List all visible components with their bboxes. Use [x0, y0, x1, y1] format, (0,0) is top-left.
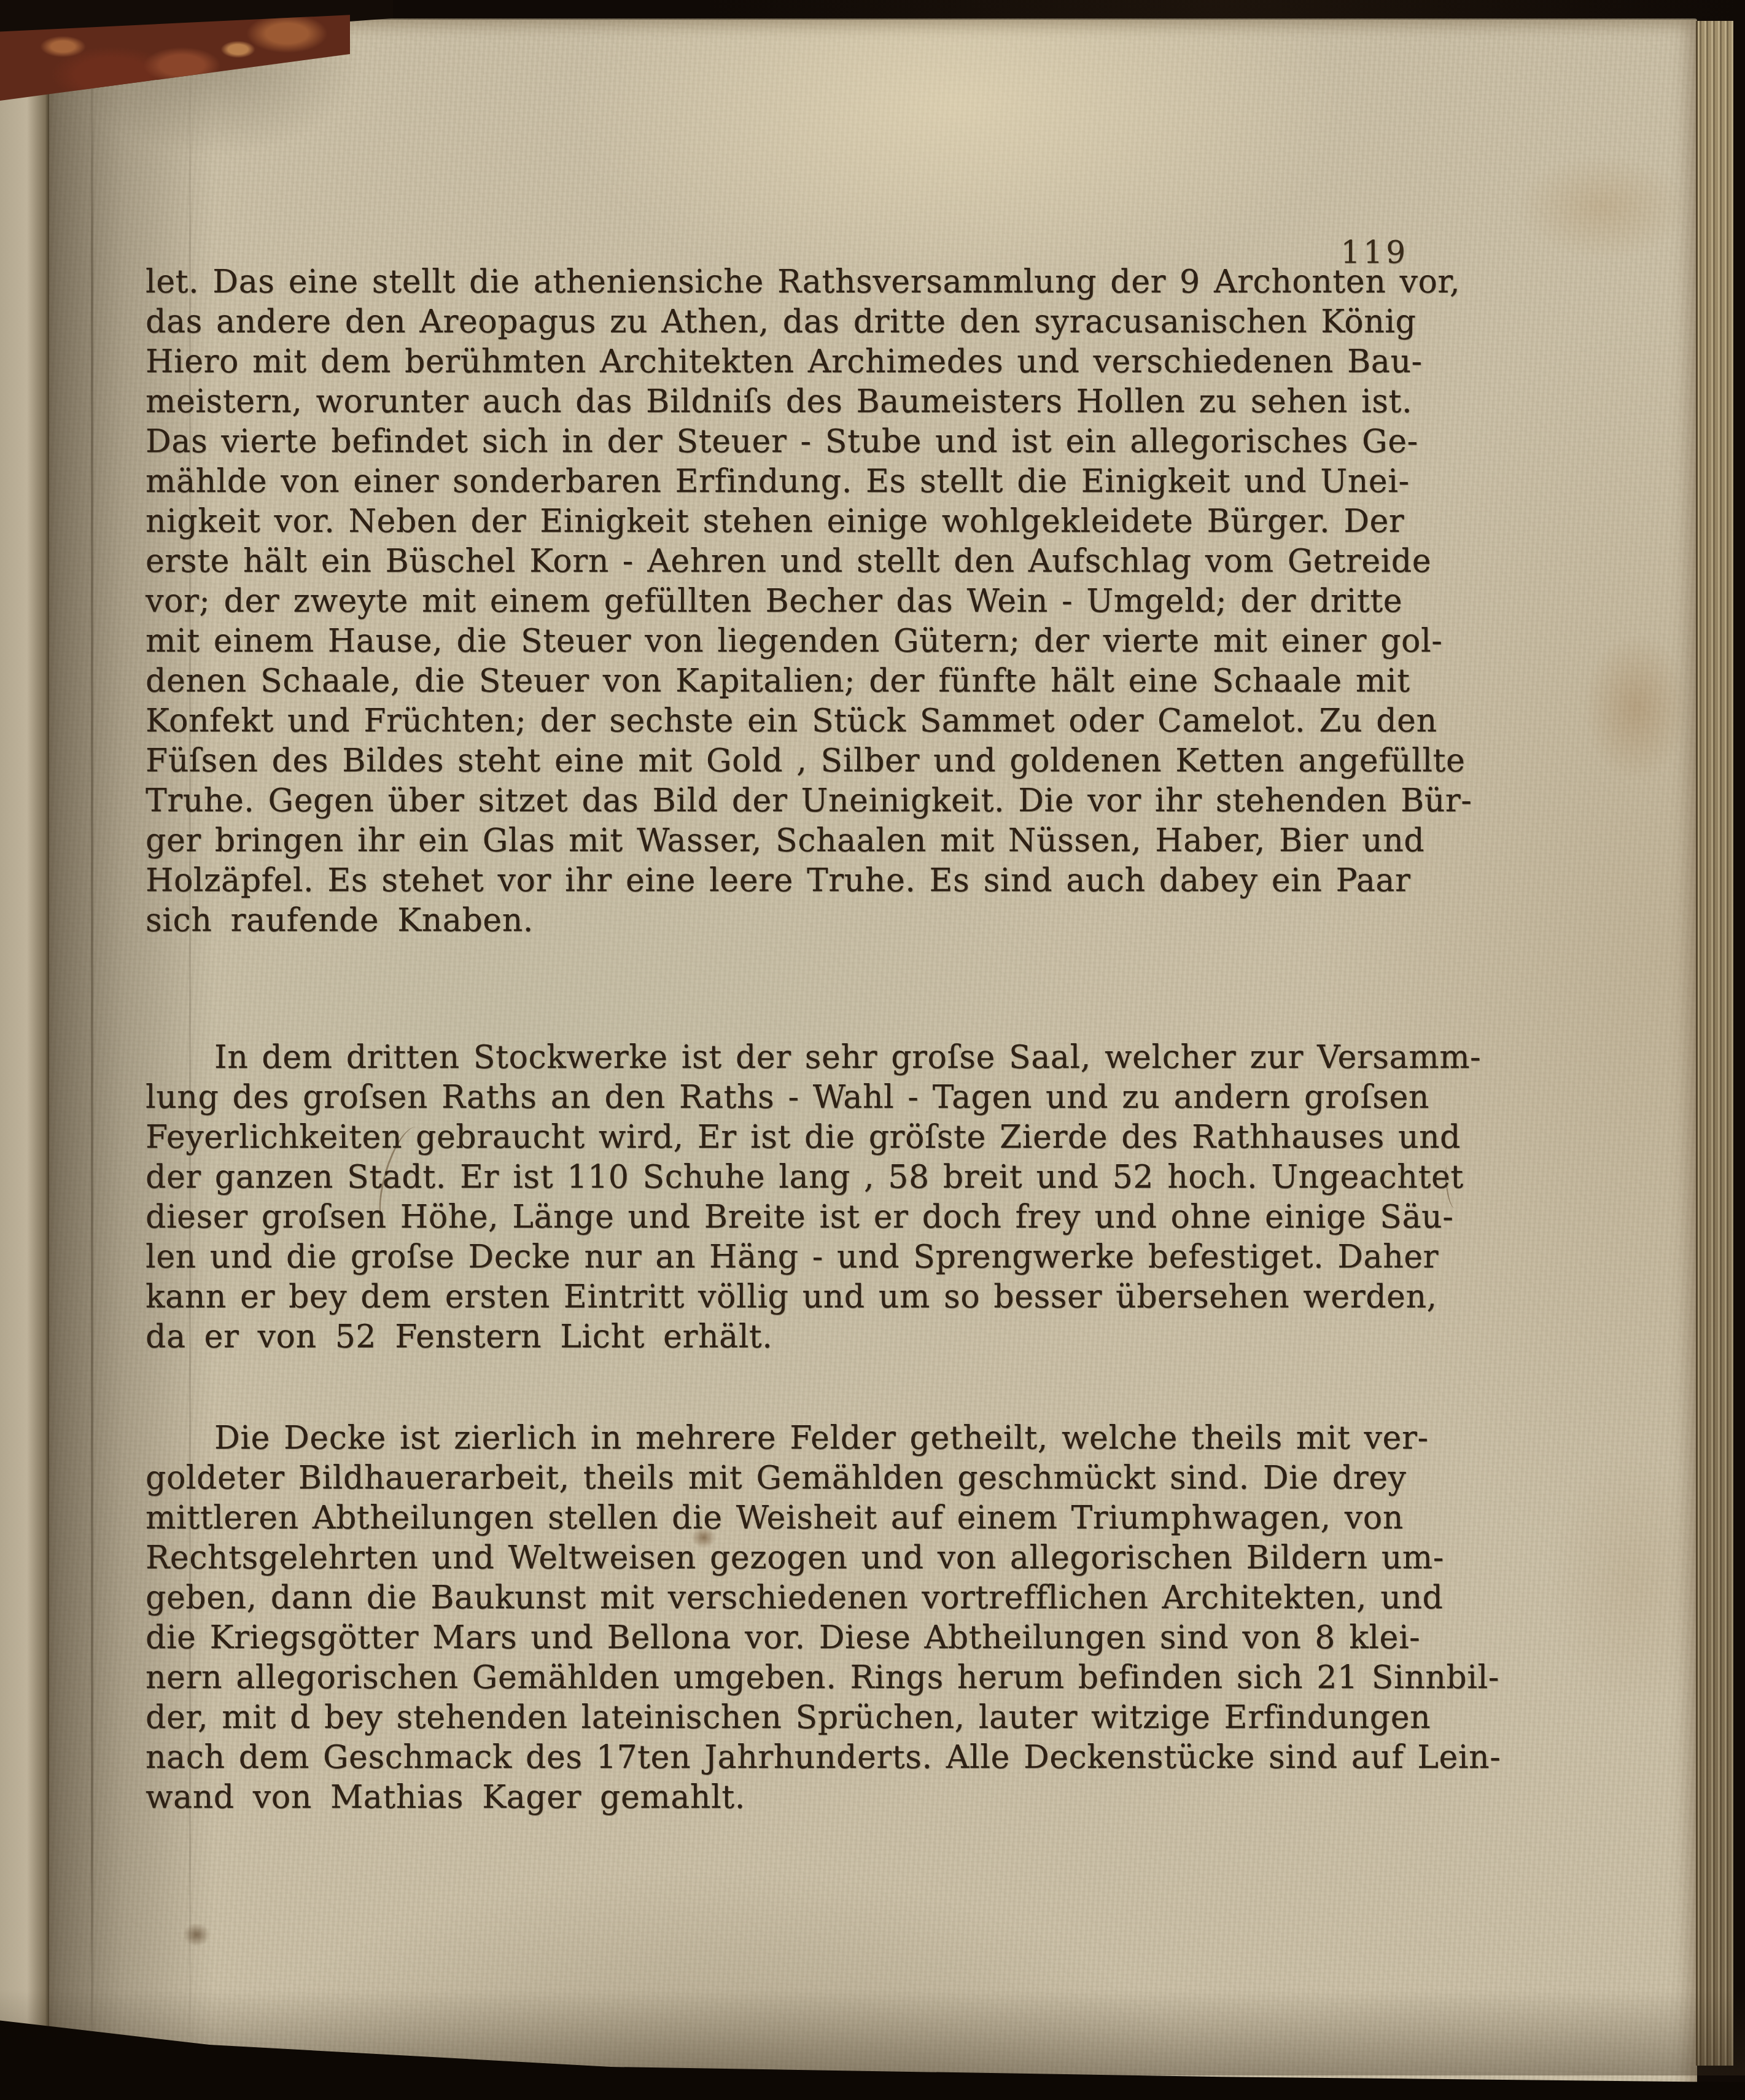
paper-stain [1547, 1450, 1719, 1714]
text-line: Konfekt und Früchten; der sechste ein St… [146, 701, 1391, 741]
text-line: nach dem Geschmack des 17ten Jahrhundert… [146, 1738, 1391, 1778]
text-line: Das vierte befindet sich in der Steuer -… [146, 422, 1391, 462]
text-line: Rechtsgelehrten und Weltweisen gezogen u… [146, 1538, 1391, 1578]
text-line: Feyerlichkeiten gebraucht wird, Er ist d… [146, 1118, 1391, 1157]
paragraph-2: In dem dritten Stockwerke ist der sehr g… [146, 1038, 1391, 1357]
text-line: die Kriegsgötter Mars und Bellona vor. D… [146, 1618, 1391, 1658]
text-line: mählde von einer sonderbaren Erfindung. … [146, 462, 1391, 502]
text-line: len und die groſse Decke nur an Häng - u… [146, 1237, 1391, 1277]
text-line: ger bringen ihr ein Glas mit Wasser, Sch… [146, 821, 1391, 861]
text-line: erste hält ein Büschel Korn - Aehren und… [146, 542, 1391, 581]
fore-edge-page-stack [1696, 21, 1733, 2066]
text-line: denen Schaale, die Steuer von Kapitalien… [146, 661, 1391, 701]
book-page-photo: 119 let. Das eine stellt die atheniensic… [0, 0, 1745, 2100]
paper-stain [1584, 634, 1689, 781]
text-line: der, mit d bey stehenden lateinischen Sp… [146, 1698, 1391, 1738]
text-line: goldeter Bildhauerarbeit, theils mit Gem… [146, 1458, 1391, 1498]
text-line: das andere den Areopagus zu Athen, das d… [146, 302, 1391, 342]
text-line: lung des groſsen Raths an den Raths - Wa… [146, 1078, 1391, 1118]
paper-stain [1517, 155, 1689, 259]
text-line: Die Decke ist zierlich in mehrere Felder… [146, 1418, 1391, 1458]
text-line: wand von Mathias Kager gemahlt. [146, 1778, 1391, 1818]
text-line: nern allegorischen Gemählden umgeben. Ri… [146, 1658, 1391, 1698]
text-line: Holzäpfel. Es stehet vor ihr eine leere … [146, 861, 1391, 901]
paper-crease [91, 20, 93, 2100]
text-line: meistern, worunter auch das Bildniſs des… [146, 382, 1391, 422]
book-page: 119 let. Das eine stellt die atheniensic… [49, 18, 1697, 2100]
text-line: nigkeit vor. Neben der Einigkeit stehen … [146, 502, 1391, 542]
text-line: mit einem Hause, die Steuer von liegende… [146, 621, 1391, 661]
text-line: sich raufende Knaben. [146, 901, 1391, 941]
text-line: mittleren Abtheilungen stellen die Weish… [146, 1498, 1391, 1538]
text-line: der ganzen Stadt. Er ist 110 Schuhe lang… [146, 1157, 1391, 1197]
text-line: vor; der zweyte mit einem gefüllten Bech… [146, 581, 1391, 621]
text-line: da er von 52 Fenstern Licht erhält. [146, 1317, 1391, 1357]
text-line: let. Das eine stellt die atheniensiche R… [146, 262, 1391, 302]
paragraph-1: let. Das eine stellt die atheniensiche R… [146, 262, 1391, 941]
text-line: Füſsen des Bildes steht eine mit Gold , … [146, 741, 1391, 781]
text-line: geben, dann die Baukunst mit verschieden… [146, 1578, 1391, 1618]
text-line: Hiero mit dem berühmten Architekten Arch… [146, 342, 1391, 382]
paragraph-3: Die Decke ist zierlich in mehrere Felder… [146, 1418, 1391, 1818]
text-line: dieser groſsen Höhe, Länge und Breite is… [146, 1197, 1391, 1237]
previous-page-edge [0, 91, 49, 2050]
text-line: kann er bey dem ersten Eintritt völlig u… [146, 1277, 1391, 1317]
text-line: Truhe. Gegen über sitzet das Bild der Un… [146, 781, 1391, 821]
paper-stain [183, 1923, 210, 1946]
text-line: In dem dritten Stockwerke ist der sehr g… [146, 1038, 1391, 1078]
